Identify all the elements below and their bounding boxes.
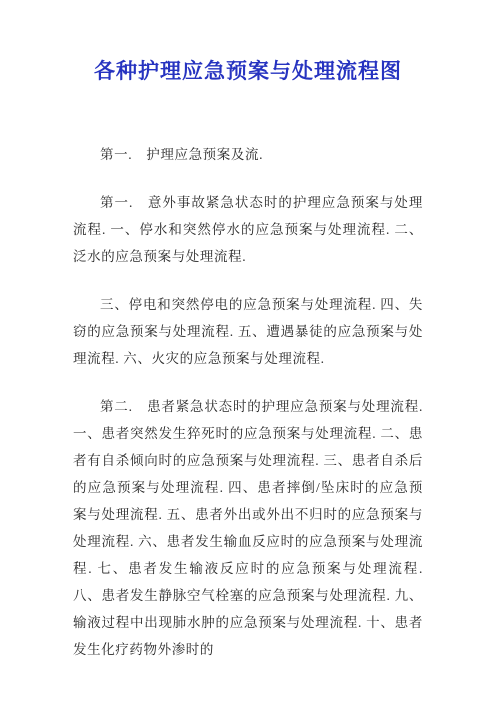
document-page: 各种护理应急预案与处理流程图 第一. 护理应急预案及流. 第一. 意外事故紧急状… [0,0,496,702]
paragraph-4: 第二. 患者紧急状态时的护理应急预案与处理流程. 一、患者突然发生猝死时的应急预… [73,393,423,663]
document-body: 第一. 护理应急预案及流. 第一. 意外事故紧急状态时的护理应急预案与处理流程.… [73,141,423,663]
paragraph-3: 三、停电和突然停电的应急预案与处理流程. 四、失窃的应急预案与处理流程. 五、遭… [73,291,423,372]
paragraph-2: 第一. 意外事故紧急状态时的护理应急预案与处理流程. 一、停水和突然停水的应急预… [73,189,423,270]
paragraph-1: 第一. 护理应急预案及流. [73,141,423,168]
document-title: 各种护理应急预案与处理流程图 [73,57,423,87]
